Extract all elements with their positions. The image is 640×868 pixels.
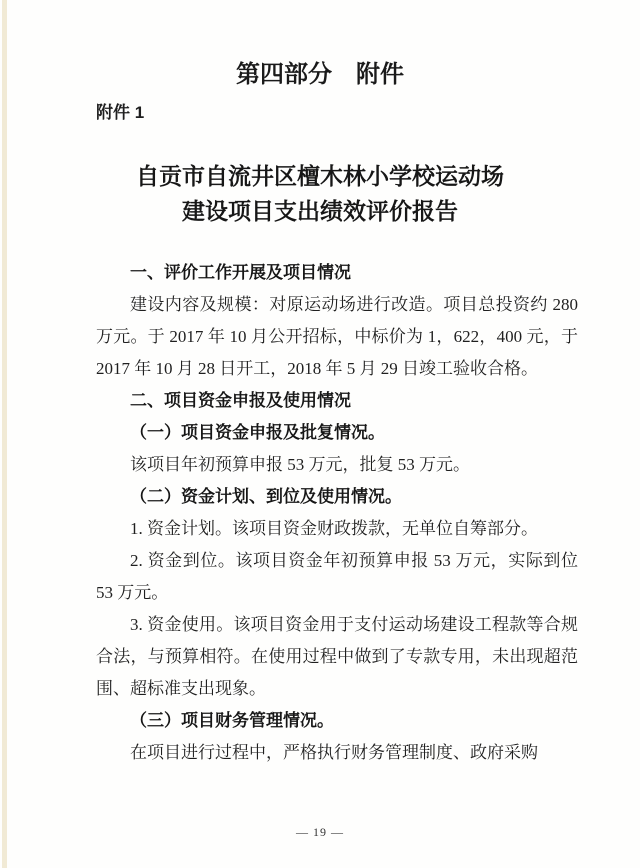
- page-number: — 19 —: [0, 825, 640, 840]
- section-header: 第四部分 附件: [0, 58, 640, 91]
- body-paragraph: 2. 资金到位。该项目资金年初预算申报 53 万元，实际到位 53 万元。: [96, 545, 578, 609]
- body-paragraph: 建设内容及规模：对原运动场进行改造。项目总投资约 280 万元。于 2017 年…: [96, 289, 578, 385]
- report-title-line2: 建设项目支出绩效评价报告: [182, 198, 458, 224]
- body-paragraph: 该项目年初预算申报 53 万元，批复 53 万元。: [96, 449, 578, 481]
- attachment-label: 附件 1: [96, 101, 640, 125]
- body-heading: （二）资金计划、到位及使用情况。: [96, 481, 578, 513]
- body-paragraph: 3. 资金使用。该项目资金用于支付运动场建设工程款等合规合法，与预算相符。在使用…: [96, 609, 578, 705]
- report-body: 一、评价工作开展及项目情况建设内容及规模：对原运动场进行改造。项目总投资约 28…: [96, 257, 578, 769]
- report-title-line1: 自贡市自流井区檀木林小学校运动场: [136, 163, 504, 189]
- body-paragraph: 1. 资金计划。该项目资金财政拨款，无单位自筹部分。: [96, 513, 578, 545]
- report-title: 自贡市自流井区檀木林小学校运动场 建设项目支出绩效评价报告: [40, 159, 600, 229]
- body-heading: 二、项目资金申报及使用情况: [96, 385, 578, 417]
- body-heading: 一、评价工作开展及项目情况: [96, 257, 578, 289]
- document-page: 第四部分 附件 附件 1 自贡市自流井区檀木林小学校运动场 建设项目支出绩效评价…: [0, 0, 640, 868]
- body-heading: （一）项目资金申报及批复情况。: [96, 417, 578, 449]
- body-paragraph: 在项目进行过程中，严格执行财务管理制度、政府采购: [96, 737, 578, 769]
- page-edge-strip: [2, 0, 7, 868]
- body-heading: （三）项目财务管理情况。: [96, 705, 578, 737]
